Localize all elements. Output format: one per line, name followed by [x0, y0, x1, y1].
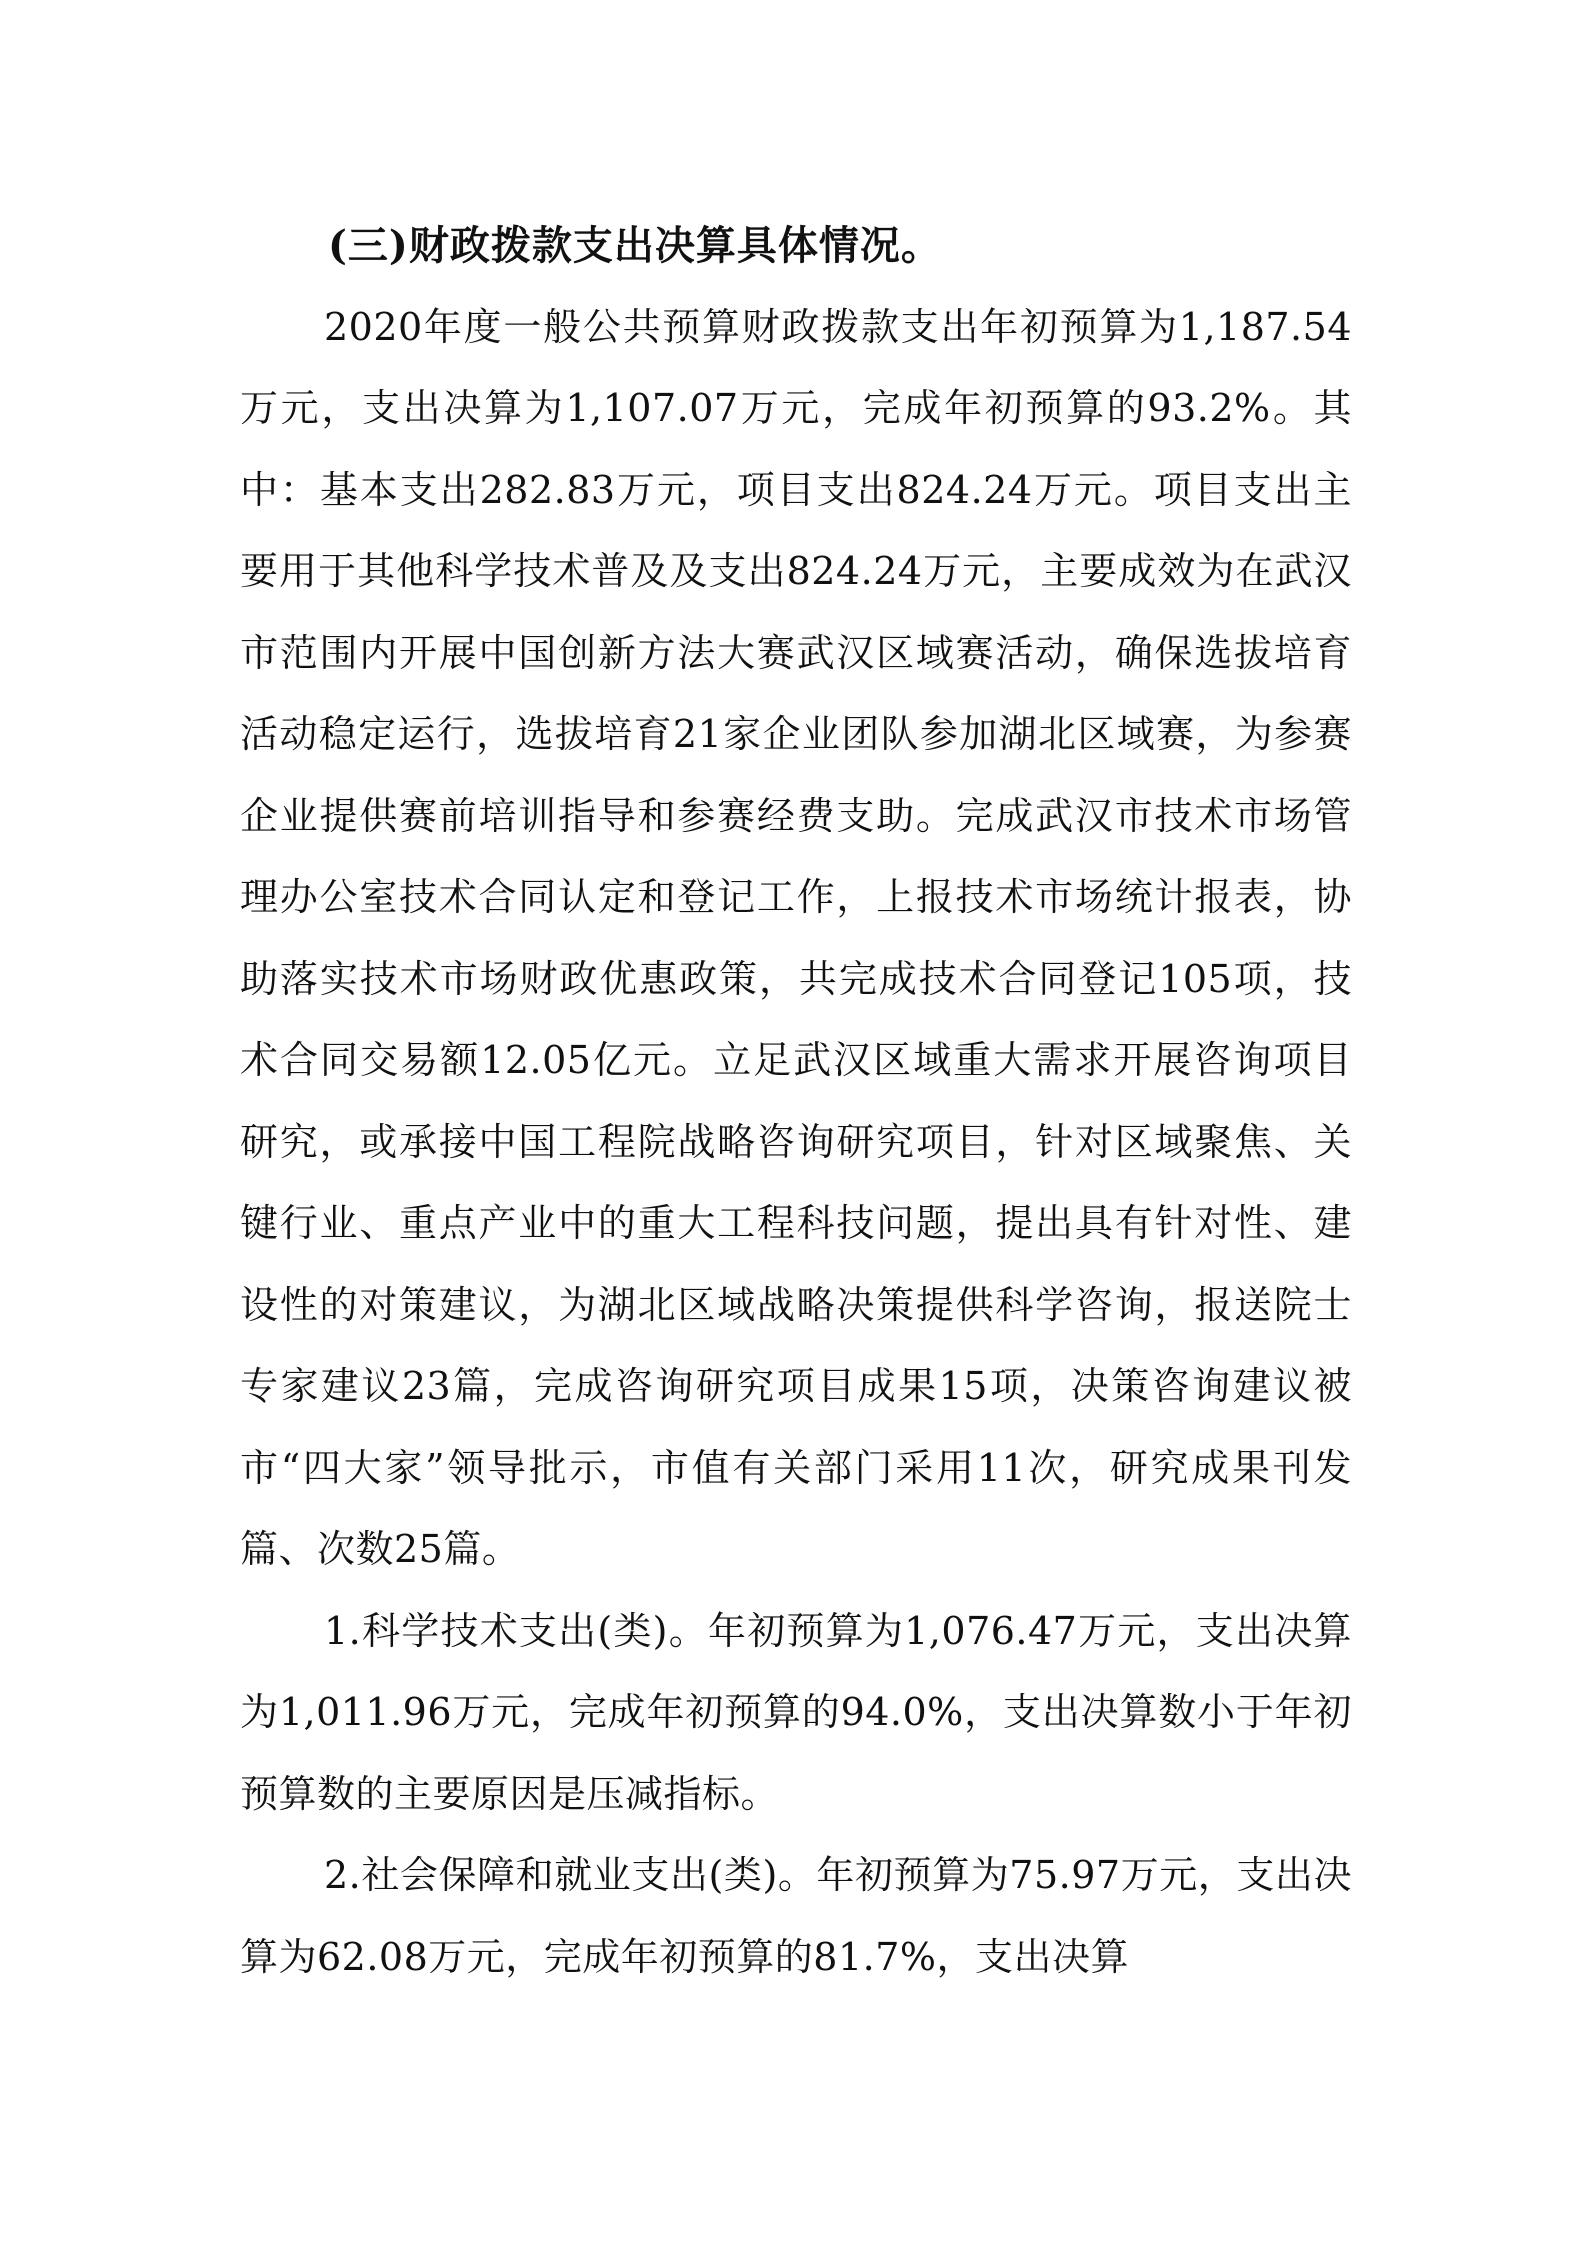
document-page: (三)财政拨款支出决算具体情况。 2020年度一般公共预算财政拨款支出年初预算为… — [240, 205, 1352, 1998]
paragraph-science-technology: 1.科学技术支出(类)。年初预算为1,076.47万元，支出决算为1,011.9… — [240, 1591, 1352, 1836]
paragraph-overview: 2020年度一般公共预算财政拨款支出年初预算为1,187.54万元，支出决算为1… — [240, 287, 1352, 1591]
paragraph-social-security: 2.社会保障和就业支出(类)。年初预算为75.97万元，支出决算为62.08万元… — [240, 1835, 1352, 1998]
section-heading: (三)财政拨款支出决算具体情况。 — [240, 205, 1352, 287]
